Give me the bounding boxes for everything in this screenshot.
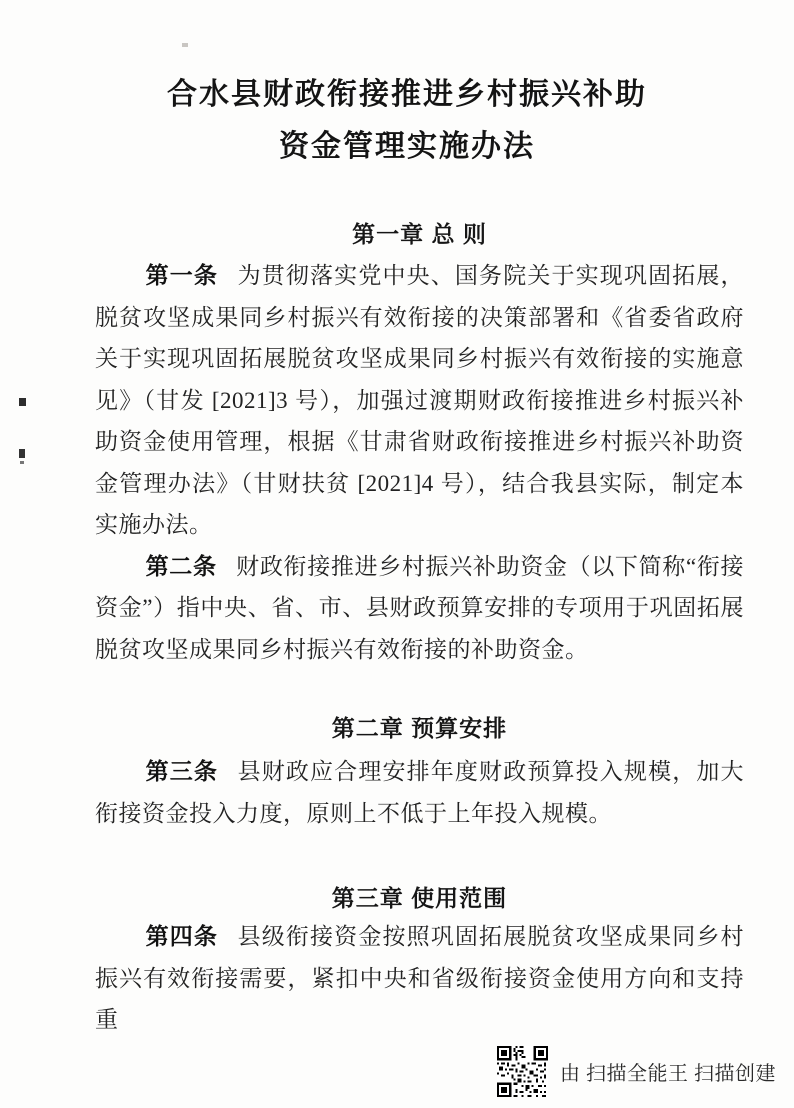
scanner-credit-text: 由 扫描全能王 扫描创建	[560, 1057, 776, 1086]
article-1: 第一条为贯彻落实党中央、国务院关于实现巩固拓展，脱贫攻坚成果同乡村振兴有效衔接的…	[95, 255, 744, 546]
article-2-number: 第二条	[146, 554, 217, 579]
article-3: 第三条县财政应合理安排年度财政预算投入规模，加大衔接资金投入力度，原则上不低于上…	[95, 751, 744, 834]
article-4-number: 第四条	[146, 924, 218, 949]
scan-artifact	[19, 449, 25, 458]
document-title-line1: 合水县财政衔接推进乡村振兴补助	[60, 69, 754, 121]
document-title: 合水县财政衔接推进乡村振兴补助 资金管理实施办法	[60, 69, 754, 173]
chapter-3-heading: 第三章 使用范围	[95, 883, 744, 913]
scan-artifact	[19, 398, 26, 406]
article-2: 第二条财政衔接推进乡村振兴补助资金（以下简称“衔接资金”）指中央、省、市、县财政…	[95, 546, 744, 671]
article-1-text: 为贯彻落实党中央、国务院关于实现巩固拓展，脱贫攻坚成果同乡村振兴有效衔接的决策部…	[95, 263, 744, 537]
article-3-number: 第三条	[146, 759, 218, 784]
text-column: 第一章 总 则 第一条为贯彻落实党中央、国务院关于实现巩固拓展，脱贫攻坚成果同乡…	[95, 219, 744, 1041]
scanner-watermark: 由 扫描全能王 扫描创建	[497, 1046, 776, 1097]
document-title-line2: 资金管理实施办法	[60, 121, 754, 173]
chapter-1-heading: 第一章 总 则	[95, 219, 744, 249]
scan-artifact	[182, 43, 188, 47]
qr-code-icon	[497, 1046, 548, 1097]
article-1-number: 第一条	[146, 263, 218, 288]
article-4: 第四条县级衔接资金按照巩固拓展脱贫攻坚成果同乡村振兴有效衔接需要，紧扣中央和省级…	[95, 916, 744, 1041]
chapter-2-heading: 第二章 预算安排	[95, 713, 744, 743]
scan-artifact	[20, 461, 24, 464]
scanned-document-page: 合水县财政衔接推进乡村振兴补助 资金管理实施办法 第一章 总 则 第一条为贯彻落…	[0, 0, 794, 1108]
